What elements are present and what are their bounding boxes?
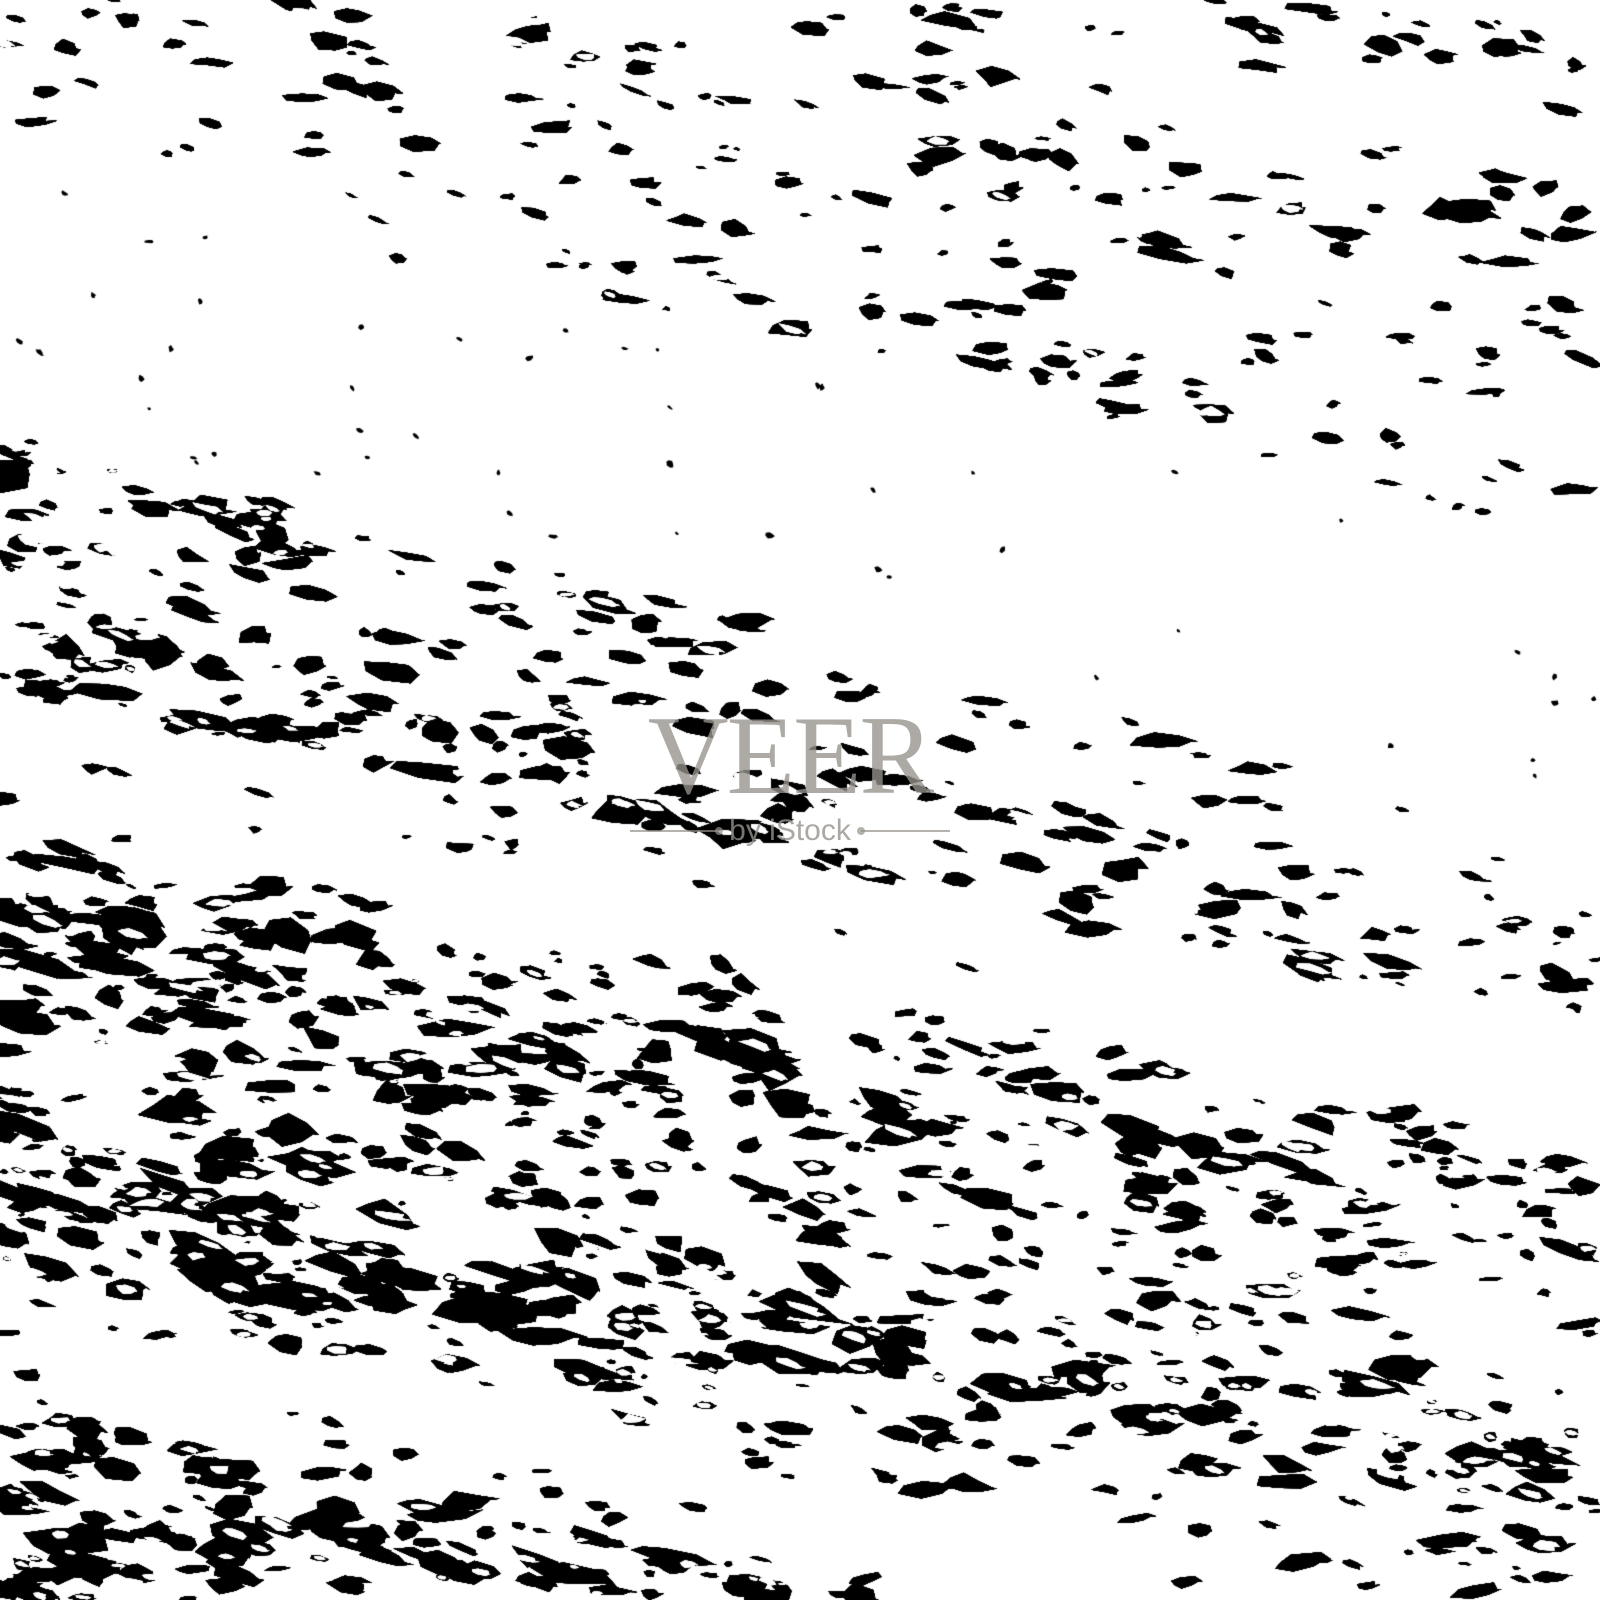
grunge-texture xyxy=(0,0,1600,1600)
